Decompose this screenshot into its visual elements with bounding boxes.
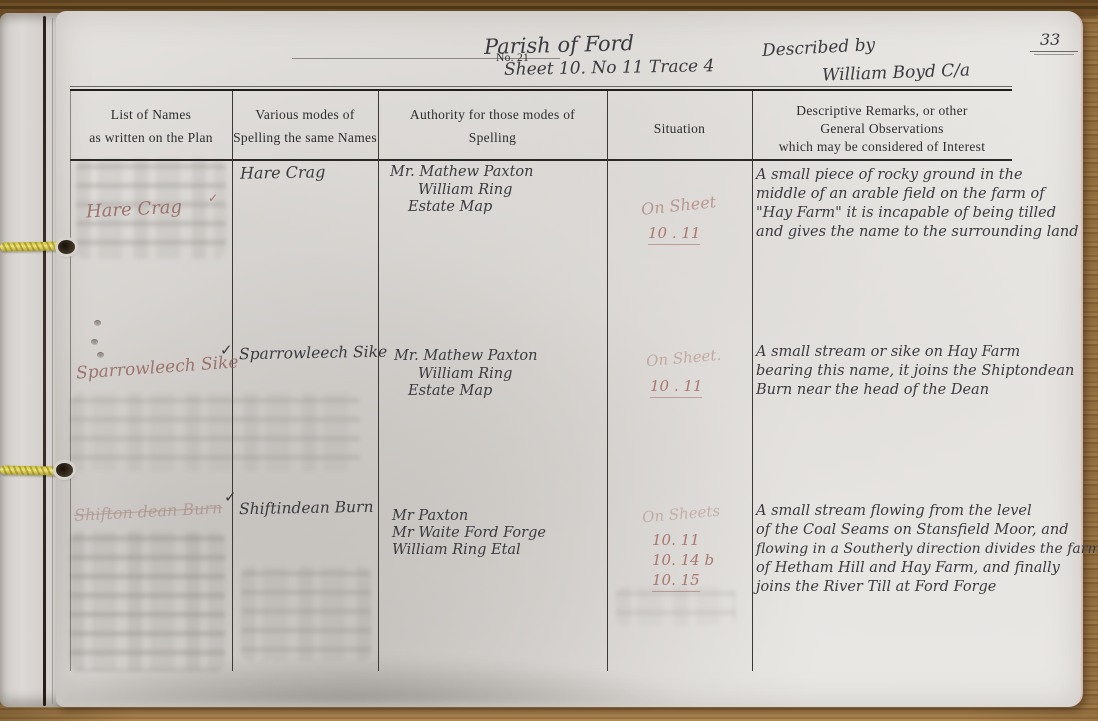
page-number-underline bbox=[1030, 51, 1078, 52]
row-spelling: Sparrowleech Sike bbox=[239, 343, 388, 364]
remarks-line: middle of an arable field on the farm of bbox=[756, 186, 1045, 202]
column-header-situation: Situation bbox=[607, 121, 752, 137]
column-header-remarks-line3: which may be considered of Interest bbox=[752, 139, 1012, 155]
remarks-line: Burn near the head of the Dean bbox=[756, 382, 989, 398]
binding-spine-line bbox=[43, 16, 46, 706]
header-bottom-rule bbox=[70, 159, 1012, 161]
binding-string-top bbox=[0, 241, 64, 251]
situation-sheet-number: 10. 15 bbox=[652, 571, 700, 592]
pin-hole bbox=[94, 320, 101, 326]
authority-line: Mr. Mathew Paxton bbox=[390, 164, 534, 180]
situation-sheet-number: 10. 14 b bbox=[652, 551, 714, 569]
column-header-authority-line2: Spelling bbox=[378, 130, 607, 146]
bleedthrough-smudge bbox=[616, 586, 736, 626]
column-divider-2 bbox=[378, 91, 379, 671]
remarks-line: bearing this name, it joins the Shiptond… bbox=[756, 363, 1074, 379]
authority-line: Mr Waite Ford Forge bbox=[392, 525, 546, 541]
described-by-label: Described by bbox=[762, 35, 876, 61]
check-mark: ✓ bbox=[220, 341, 233, 359]
table-left-border bbox=[70, 91, 71, 671]
column-header-names-line1: List of Names bbox=[70, 107, 232, 123]
situation-label: On Sheets bbox=[641, 502, 720, 527]
page-number-underline-2 bbox=[1034, 54, 1074, 55]
situation-label: On Sheet. bbox=[645, 346, 722, 370]
remarks-line: A small piece of rocky ground in the bbox=[756, 167, 1023, 183]
binding-string-bottom bbox=[0, 465, 62, 475]
authority-line: William Ring bbox=[418, 366, 512, 382]
remarks-line: joins the River Till at Ford Forge bbox=[756, 579, 996, 595]
check-mark: ✓ bbox=[208, 191, 218, 205]
table-top-rule-thin bbox=[70, 86, 1012, 87]
remarks-line: A small stream flowing from the level bbox=[756, 503, 1032, 519]
authority-line: Estate Map bbox=[408, 383, 492, 399]
remarks-line: of the Coal Seams on Stansfield Moor, an… bbox=[756, 522, 1069, 538]
remarks-line: "Hay Farm" it is incapable of being till… bbox=[756, 205, 1056, 221]
sheet-trace-line: Sheet 10. No 11 Trace 4 bbox=[504, 56, 715, 80]
pin-hole bbox=[91, 339, 98, 345]
check-mark: ✓ bbox=[224, 488, 237, 506]
binding-spine-line-2 bbox=[52, 18, 53, 704]
row-spelling: Shiftindean Burn bbox=[239, 498, 374, 518]
column-header-authority-line1: Authority for those modes of bbox=[378, 107, 607, 123]
situation-sheet-number: 10 . 11 bbox=[648, 224, 700, 245]
situation-label: On Sheet bbox=[640, 192, 717, 219]
bleedthrough-smudge bbox=[70, 393, 360, 471]
column-header-names-line2: as written on the Plan bbox=[70, 130, 232, 146]
situation-sheet-number: 10. 11 bbox=[652, 531, 700, 549]
binding-hole-bottom bbox=[56, 463, 73, 477]
situation-sheet-number: 10 . 11 bbox=[650, 377, 702, 398]
column-header-spelling-line1: Various modes of bbox=[232, 107, 378, 123]
bleedthrough-smudge bbox=[70, 531, 225, 671]
authority-line: William Ring bbox=[418, 182, 512, 198]
remarks-line: A small stream or sike on Hay Farm bbox=[756, 344, 1020, 360]
column-divider-4 bbox=[752, 91, 753, 671]
authority-line: William Ring Etal bbox=[392, 542, 521, 558]
bleedthrough-smudge bbox=[241, 566, 371, 661]
authority-line: Mr. Mathew Paxton bbox=[394, 348, 538, 364]
column-divider-3 bbox=[607, 91, 608, 671]
page-bottom-shading bbox=[66, 655, 686, 703]
remarks-line: of Hetham Hill and Hay Farm, and finally bbox=[756, 560, 1060, 576]
authority-line: Mr Paxton bbox=[392, 508, 468, 524]
column-header-remarks-line1: Descriptive Remarks, or other bbox=[752, 103, 1012, 119]
pin-hole bbox=[97, 352, 104, 358]
binding-hole-top bbox=[58, 240, 75, 254]
register-page: Parish of Ford No. 21 Sheet 10. No 11 Tr… bbox=[56, 11, 1083, 707]
column-header-remarks-line2: General Observations bbox=[752, 121, 1012, 137]
column-divider-1 bbox=[232, 91, 233, 671]
page-number: 33 bbox=[1040, 30, 1060, 49]
row-spelling: Hare Crag bbox=[240, 162, 326, 182]
remarks-line: flowing in a Southerly direction divides… bbox=[756, 541, 1098, 557]
describer-name: William Boyd C/a bbox=[822, 60, 971, 85]
table-top-rule bbox=[70, 89, 1012, 91]
row-plan-name: Shifton dean Burn bbox=[74, 498, 223, 525]
authority-line: Estate Map bbox=[408, 199, 492, 215]
column-header-spelling-line2: Spelling the same Names bbox=[232, 130, 378, 146]
remarks-line: and gives the name to the surrounding la… bbox=[756, 224, 1079, 240]
